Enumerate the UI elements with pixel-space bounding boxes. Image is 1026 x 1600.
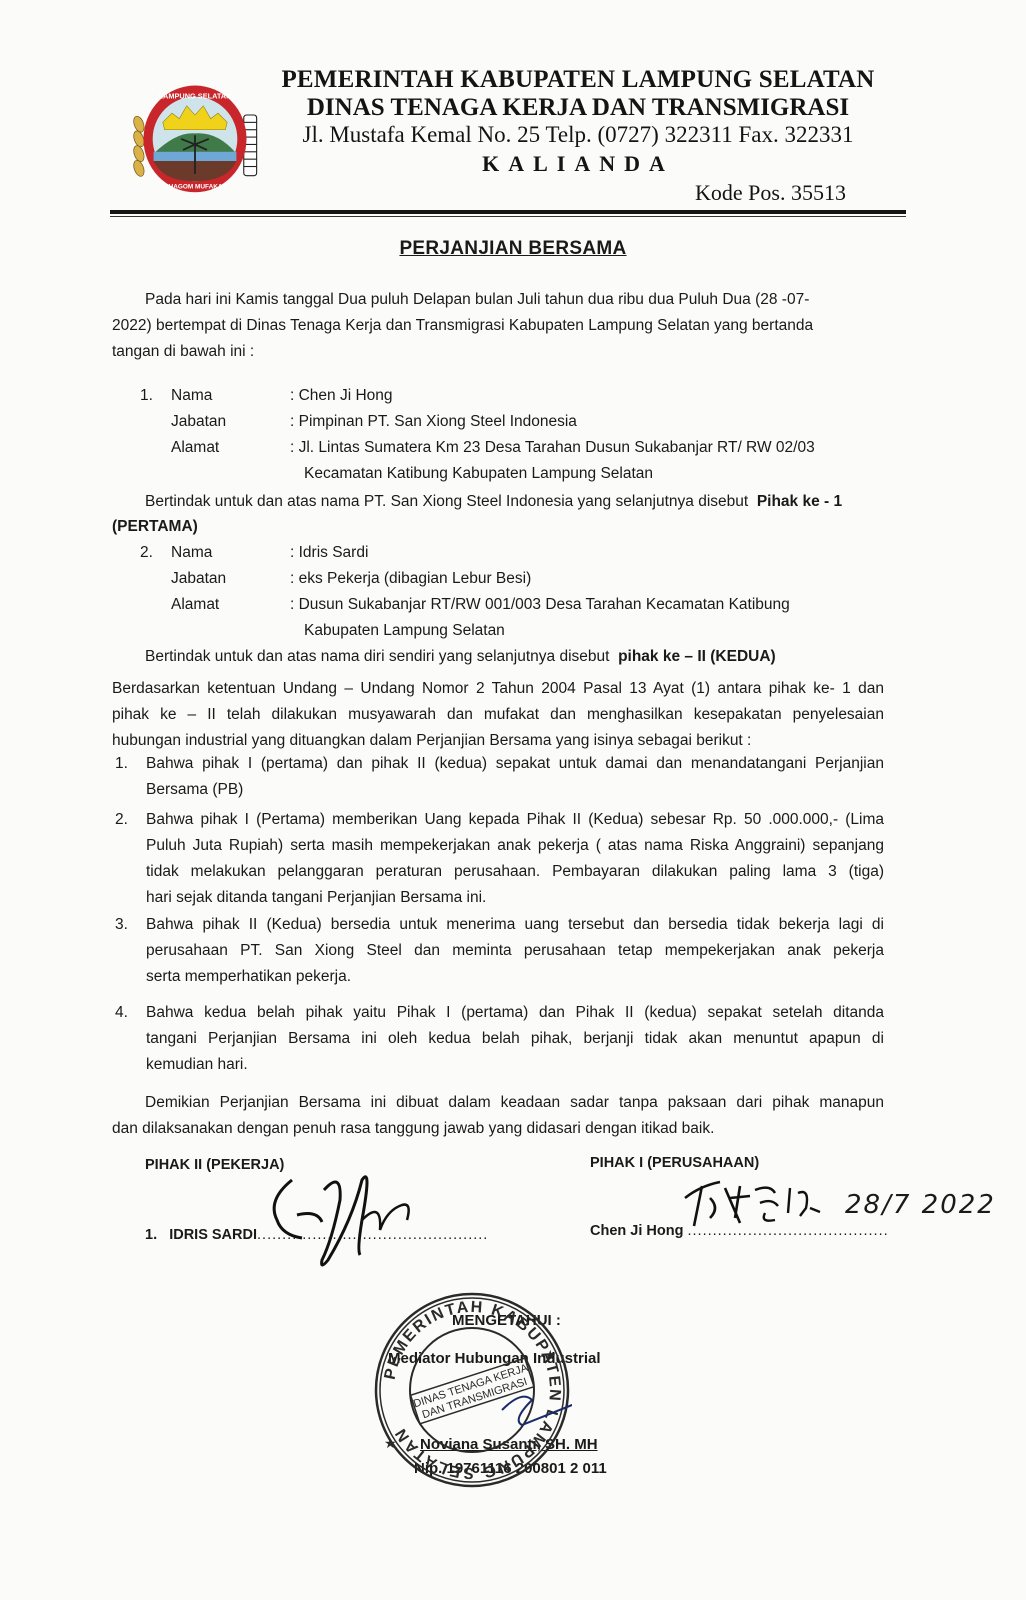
clause-number: 4. (115, 1000, 128, 1026)
svg-text:LAMPUNG SELATAN: LAMPUNG SELATAN (159, 91, 232, 100)
svg-text:KHAGOM MUFAKAT: KHAGOM MUFAKAT (164, 184, 226, 191)
clause-line: Bahwa pihak I (pertama) dan pihak II (ke… (146, 751, 884, 777)
party-1-address-label: Alamat (171, 435, 219, 461)
party-2-position-label: Jabatan (171, 566, 226, 592)
letterhead-city: KALIANDA (258, 151, 898, 177)
party-2-acting-statement: Bertindak untuk dan atas nama diri sendi… (145, 644, 776, 670)
closing-line-1: Demikian Perjanjian Bersama ini dibuat d… (145, 1090, 884, 1116)
party-1-acting-statement: Bertindak untuk dan atas nama PT. San Xi… (145, 489, 842, 515)
letterhead-government: PEMERINTAH KABUPATEN LAMPUNG SELATAN (258, 66, 898, 94)
clause-number: 3. (115, 912, 128, 938)
document-title: PERJANJIAN BERSAMA (0, 238, 1026, 260)
intro-line-2: 2022) bertempat di Dinas Tenaga Kerja da… (112, 313, 813, 339)
intro-line-3: tangan di bawah ini : (112, 339, 254, 365)
regency-emblem-icon: LAMPUNG SELATAN KHAGOM MUFAKAT (126, 78, 264, 198)
document-page: LAMPUNG SELATAN KHAGOM MUFAKAT PEMERINTA… (0, 0, 1026, 1600)
letterhead-divider (110, 210, 906, 214)
official-stamp-icon: PEMERINTAH KABUPATEN LAMPUNG SELATAN DIN… (372, 1290, 572, 1490)
party-2-name-label: Nama (171, 540, 212, 566)
clause-line: hari sejak ditanda tangani Perjanjian Be… (146, 885, 486, 911)
clause-line: Puluh Juta Rupiah) serta masih mempekerj… (146, 833, 884, 859)
letterhead-postal-code: Kode Pos. 35513 (695, 180, 846, 206)
party-1-position: : Pimpinan PT. San Xiong Steel Indonesia (290, 409, 577, 435)
clause-line: Bahwa pihak II (Kedua) bersedia untuk me… (146, 912, 884, 938)
party-1-name: : Chen Ji Hong (290, 383, 393, 409)
svg-text:★: ★ (544, 1347, 557, 1363)
party-1-address-line-1: : Jl. Lintas Sumatera Km 23 Desa Tarahan… (290, 435, 815, 461)
svg-text:★: ★ (384, 1435, 397, 1451)
basis-line-2: pihak ke – II telah dilakukan musyawarah… (112, 702, 884, 728)
clause-line: tidak melakukan pelanggaran peraturan pe… (146, 859, 884, 885)
worker-signature-icon (262, 1160, 442, 1280)
party-1-position-label: Jabatan (171, 409, 226, 435)
party-2-name: : Idris Sardi (290, 540, 368, 566)
basis-line-1: Berdasarkan ketentuan Undang – Undang No… (112, 676, 884, 702)
party-1-number: 1. (140, 383, 153, 409)
clause-line: Bahwa pihak I (Pertama) memberikan Uang … (146, 807, 884, 833)
clause-line: serta memperhatikan pekerja. (146, 964, 351, 990)
clause-line: Bersama (PB) (146, 777, 243, 803)
closing-line-2: dan dilaksanakan dengan penuh rasa tangg… (112, 1116, 714, 1142)
party-1-name-label: Nama (171, 383, 212, 409)
clause-line: perusahaan PT. San Xiong Steel dan memin… (146, 938, 884, 964)
handwritten-date: 28/7 2022 (845, 1192, 996, 1218)
party-2-number: 2. (140, 540, 153, 566)
letterhead-divider-thin (110, 216, 906, 217)
party-1-designation: (PERTAMA) (112, 514, 198, 540)
clause-number: 1. (115, 751, 128, 777)
letterhead-address: Jl. Mustafa Kemal No. 25 Telp. (0727) 32… (258, 122, 898, 148)
clause-line: tangani Perjanjian Bersama ini oleh kedu… (146, 1026, 884, 1052)
clause-line: kemudian hari. (146, 1052, 248, 1078)
clause-line: Bahwa kedua belah pihak yaitu Pihak I (p… (146, 1000, 884, 1026)
intro-line-1: Pada hari ini Kamis tanggal Dua puluh De… (145, 287, 809, 313)
party-2-address-label: Alamat (171, 592, 219, 618)
party-1-address-line-2: Kecamatan Katibung Kabupaten Lampung Sel… (304, 461, 653, 487)
party-2-address-line-2: Kabupaten Lampung Selatan (304, 618, 505, 644)
party-2-address-line-1: : Dusun Sukabanjar RT/RW 001/003 Desa Ta… (290, 592, 790, 618)
letterhead-agency: DINAS TENAGA KERJA DAN TRANSMIGRASI (258, 94, 898, 122)
party-2-position: : eks Pekerja (dibagian Lebur Besi) (290, 566, 531, 592)
clause-number: 2. (115, 807, 128, 833)
